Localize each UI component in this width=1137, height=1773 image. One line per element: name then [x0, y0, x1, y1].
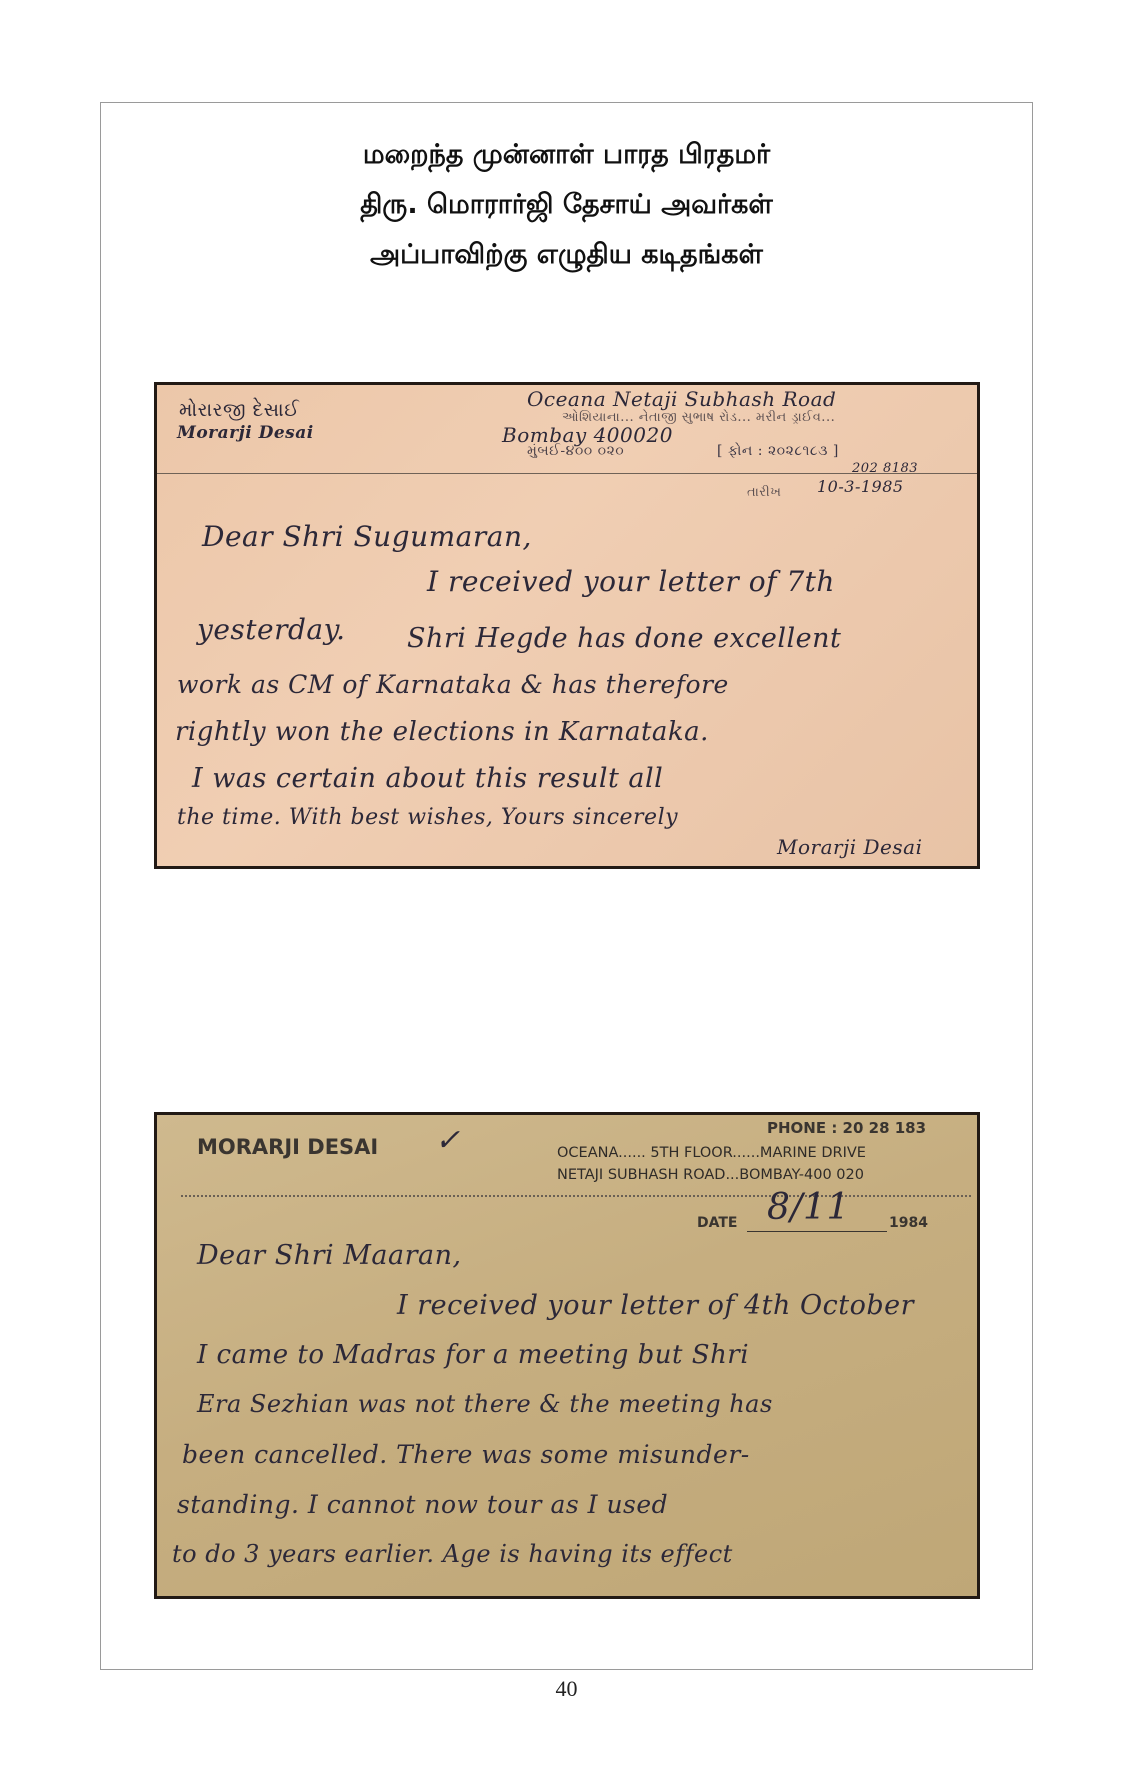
title-line-1: மறைந்த முன்னாள் பாரத பிரதமர்	[100, 130, 1033, 180]
date: 10-3-1985	[817, 477, 904, 496]
date-underline	[747, 1231, 887, 1232]
letterhead-address-1: OCEANA...... 5TH FLOOR......MARINE DRIVE	[557, 1145, 866, 1161]
body-line: I received your letter of 7th	[427, 565, 835, 598]
date-label: DATE	[697, 1215, 737, 1231]
city-gujarati: મુંબઈ-૪૦૦ ૦૨૦	[527, 443, 624, 459]
body-line: work as CM of Karnataka & has therefore	[177, 670, 729, 699]
date-handwritten: 8/11	[767, 1187, 850, 1228]
letterhead-address-2: NETAJI SUBHASH ROAD...BOMBAY-400 020	[557, 1167, 864, 1183]
title-line-2: திரு. மொரார்ஜி தேசாய் அவர்கள்	[100, 180, 1033, 230]
letterhead-name: Morarji Desai	[177, 423, 314, 443]
phone-gujarati: [ ફોન : ૨૦૨૮૧૮૩ ]	[717, 443, 839, 459]
letterhead-name: MORARJI DESAI	[197, 1135, 378, 1159]
body-line: standing. I cannot now tour as I used	[177, 1490, 668, 1519]
letter-image-1: મોરારજી દેસાઈ Morarji Desai Oceana Netaj…	[154, 382, 980, 869]
body-line: I came to Madras for a meeting but Shri	[197, 1340, 749, 1370]
date-year: 1984	[889, 1215, 928, 1231]
salutation: Dear Shri Sugumaran,	[202, 520, 532, 553]
letterhead-phone: PHONE : 20 28 183	[767, 1119, 926, 1137]
body-line: Shri Hegde has done excellent	[407, 623, 841, 654]
body-line: been cancelled. There was some misunder-	[182, 1440, 750, 1469]
page-number: 40	[100, 1676, 1033, 1702]
closing-line: the time. With best wishes, Yours sincer…	[177, 805, 678, 830]
page-title: மறைந்த முன்னாள் பாரத பிரதமர் திரு. மொரார…	[100, 130, 1033, 280]
tick-mark-icon: ✓	[435, 1123, 461, 1158]
body-line: I was certain about this result all	[192, 763, 663, 794]
body-line: Era Sezhian was not there & the meeting …	[197, 1390, 773, 1418]
body-line: yesterday.	[197, 613, 346, 646]
body-line: to do 3 years earlier. Age is having its…	[172, 1540, 733, 1568]
address-handwritten: Oceana Netaji Subhash Road	[527, 387, 836, 411]
letterhead-gujarati: મોરારજી દેસાઈ	[179, 399, 299, 421]
title-line-3: அப்பாவிற்கு எழுதிய கடிதங்கள்	[100, 230, 1033, 280]
letterhead-rule	[181, 1195, 971, 1197]
date-label: તારીખ	[747, 485, 781, 500]
body-line: rightly won the elections in Karnataka.	[175, 717, 709, 747]
body-line: I received your letter of 4th October	[397, 1290, 914, 1321]
letter-image-2: MORARJI DESAI ✓ PHONE : 20 28 183 OCEANA…	[154, 1112, 980, 1599]
letterhead-rule	[157, 473, 980, 474]
salutation: Dear Shri Maaran,	[197, 1240, 462, 1271]
signature: Morarji Desai	[777, 835, 922, 859]
